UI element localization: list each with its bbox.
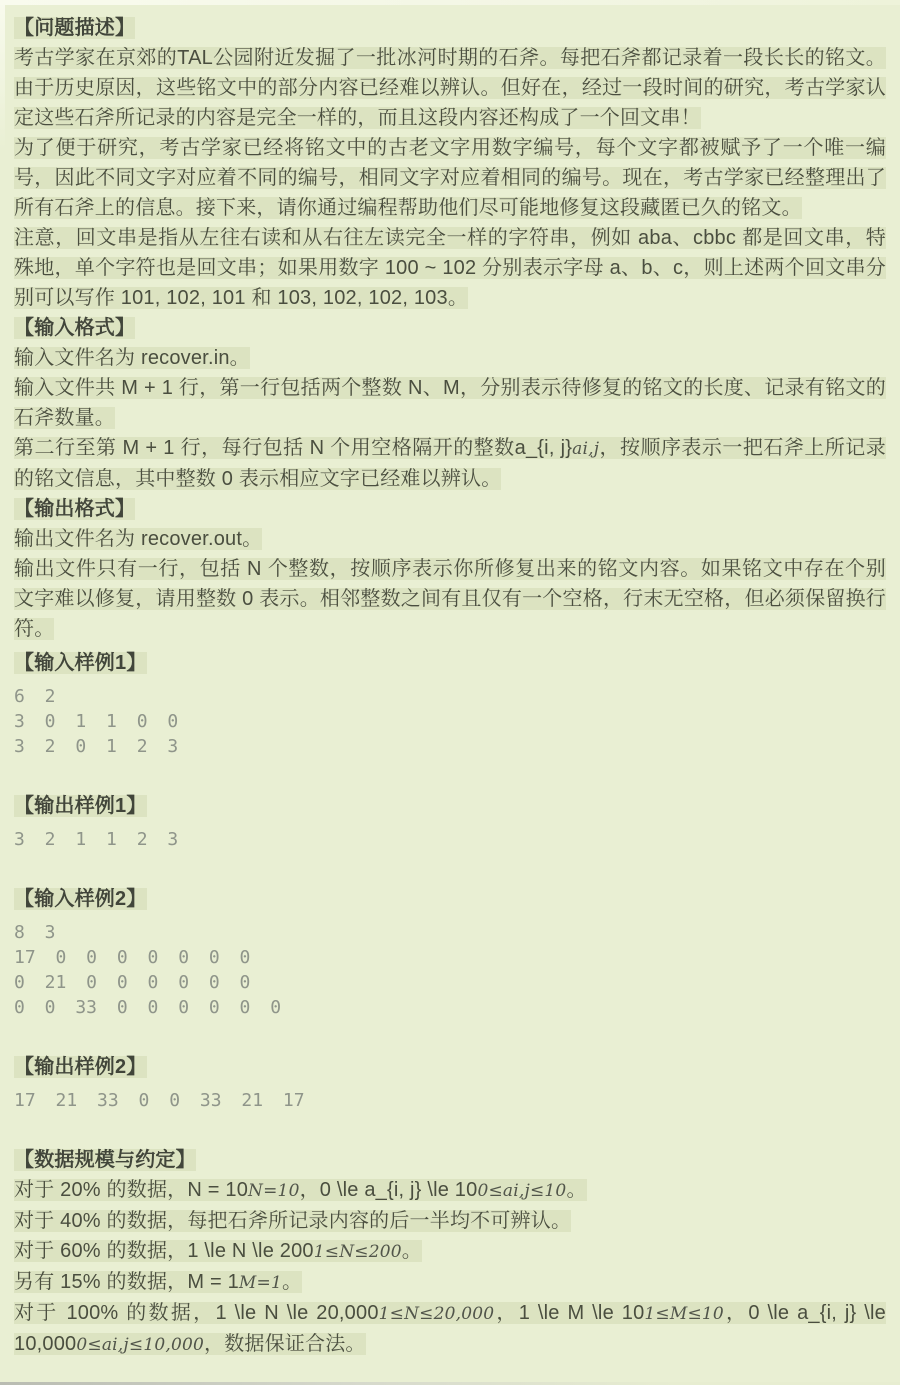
code-line: 6 2 (14, 684, 886, 709)
text-run: 。 (402, 1240, 422, 1262)
constraints-line-100-percent: 对于 100% 的数据，1 \le N \le 20,0001≤N≤20,000… (14, 1298, 886, 1360)
constraints-line-60-percent: 对于 60% 的数据，1 \le N \le 2001≤N≤200。 (14, 1236, 886, 1267)
math-run: N=10 (248, 1181, 300, 1201)
text-run: 对于 100% 的数据，1 \le N \le 20,000 (14, 1302, 379, 1324)
text-run: ，0 \le a_{i, j} \le 10 (300, 1179, 478, 1201)
math-run: M=1 (239, 1273, 282, 1293)
sample-output-2-code: 17 21 33 0 0 33 21 17 (14, 1088, 886, 1113)
math-run: 0≤ai,j≤10 (477, 1181, 566, 1201)
math-run: 1≤N≤20,000 (379, 1304, 495, 1324)
window-top-edge (0, 0, 900, 5)
problem-paragraph-3: 注意，回文串是指从左往右读和从右往左读完全一样的字符串，例如 aba、cbbc … (14, 223, 886, 313)
section-heading-sample-input-2: 【输入样例2】 (14, 884, 886, 914)
code-line: 0 0 33 0 0 0 0 0 0 (14, 995, 886, 1020)
code-line: 3 0 1 1 0 0 (14, 709, 886, 734)
sample-input-1-code: 6 23 0 1 1 0 03 2 0 1 2 3 (14, 684, 886, 759)
heading-text: 【输入样例2】 (14, 888, 147, 910)
section-heading-sample-output-2: 【输出样例2】 (14, 1052, 886, 1082)
text-run: 第二行至第 M + 1 行，每行包括 N 个用空格隔开的整数a_{i, j} (14, 437, 572, 459)
text-run: 对于 20% 的数据，N = 10 (14, 1179, 248, 1201)
code-line: 8 3 (14, 920, 886, 945)
math-run: 0≤ai,j≤10,000 (76, 1335, 204, 1355)
constraints-line-40-percent: 对于 40% 的数据，每把石斧所记录内容的后一半均不可辨认。 (14, 1206, 886, 1236)
heading-text: 【输出样例2】 (14, 1056, 147, 1078)
heading-text: 【数据规模与约定】 (14, 1149, 196, 1171)
problem-paragraph-1: 考古学家在京郊的TAL公园附近发掘了一批冰河时期的石斧。每把石斧都记录着一段长长… (14, 43, 886, 133)
heading-text: 【输入样例1】 (14, 652, 147, 674)
problem-content: 【问题描述】 考古学家在京郊的TAL公园附近发掘了一批冰河时期的石斧。每把石斧都… (0, 0, 900, 1360)
text-run: 另有 15% 的数据，M = 1 (14, 1271, 239, 1293)
section-heading-sample-output-1: 【输出样例1】 (14, 791, 886, 821)
text-run: 对于 60% 的数据，1 \le N \le 200 (14, 1240, 314, 1262)
problem-statement-page: 【问题描述】 考古学家在京郊的TAL公园附近发掘了一批冰河时期的石斧。每把石斧都… (0, 0, 900, 1385)
section-heading-constraints: 【数据规模与约定】 (14, 1145, 886, 1175)
input-format-line-3: 第二行至第 M + 1 行，每行包括 N 个用空格隔开的整数a_{i, j}ai… (14, 433, 886, 494)
heading-text: 【问题描述】 (14, 17, 135, 39)
section-heading-problem-description: 【问题描述】 (14, 13, 886, 43)
sample-output-1-code: 3 2 1 1 2 3 (14, 827, 886, 852)
code-line: 3 2 1 1 2 3 (14, 827, 886, 852)
text-run: ，数据保证合法。 (204, 1333, 366, 1355)
code-line: 17 0 0 0 0 0 0 0 (14, 945, 886, 970)
math-run: ai,j (572, 439, 599, 459)
problem-paragraph-2: 为了便于研究，考古学家已经将铭文中的古老文字用数字编号，每个文字都被赋予了一个唯… (14, 133, 886, 223)
code-line: 3 2 0 1 2 3 (14, 734, 886, 759)
output-format-line-1: 输出文件名为 recover.out。 (14, 524, 886, 554)
constraints-line-20-percent: 对于 20% 的数据，N = 10N=10，0 \le a_{i, j} \le… (14, 1175, 886, 1206)
heading-text: 【输出格式】 (14, 498, 135, 520)
sample-input-2-code: 8 317 0 0 0 0 0 0 00 21 0 0 0 0 0 00 0 3… (14, 920, 886, 1020)
constraints-line-15-percent: 另有 15% 的数据，M = 1M=1。 (14, 1267, 886, 1298)
text-run: 对于 40% 的数据，每把石斧所记录内容的后一半均不可辨认。 (14, 1210, 571, 1232)
section-heading-output-format: 【输出格式】 (14, 494, 886, 524)
heading-text: 【输出样例1】 (14, 795, 147, 817)
section-heading-sample-input-1: 【输入样例1】 (14, 648, 886, 678)
code-line: 0 21 0 0 0 0 0 0 (14, 970, 886, 995)
input-format-line-2: 输入文件共 M + 1 行，第一行包括两个整数 N、M，分别表示待修复的铭文的长… (14, 373, 886, 433)
input-format-line-1: 输入文件名为 recover.in。 (14, 343, 886, 373)
math-run: 1≤N≤200 (314, 1242, 402, 1262)
section-heading-input-format: 【输入格式】 (14, 313, 886, 343)
text-run: ，1 \le M \le 10 (494, 1302, 644, 1324)
math-run: 1≤M≤10 (644, 1304, 724, 1324)
window-left-edge (0, 0, 5, 150)
code-line: 17 21 33 0 0 33 21 17 (14, 1088, 886, 1113)
text-run: 。 (566, 1179, 586, 1201)
heading-text: 【输入格式】 (14, 317, 135, 339)
output-format-line-2: 输出文件只有一行，包括 N 个整数，按顺序表示你所修复出来的铭文内容。如果铭文中… (14, 554, 886, 644)
text-run: 。 (282, 1271, 302, 1293)
